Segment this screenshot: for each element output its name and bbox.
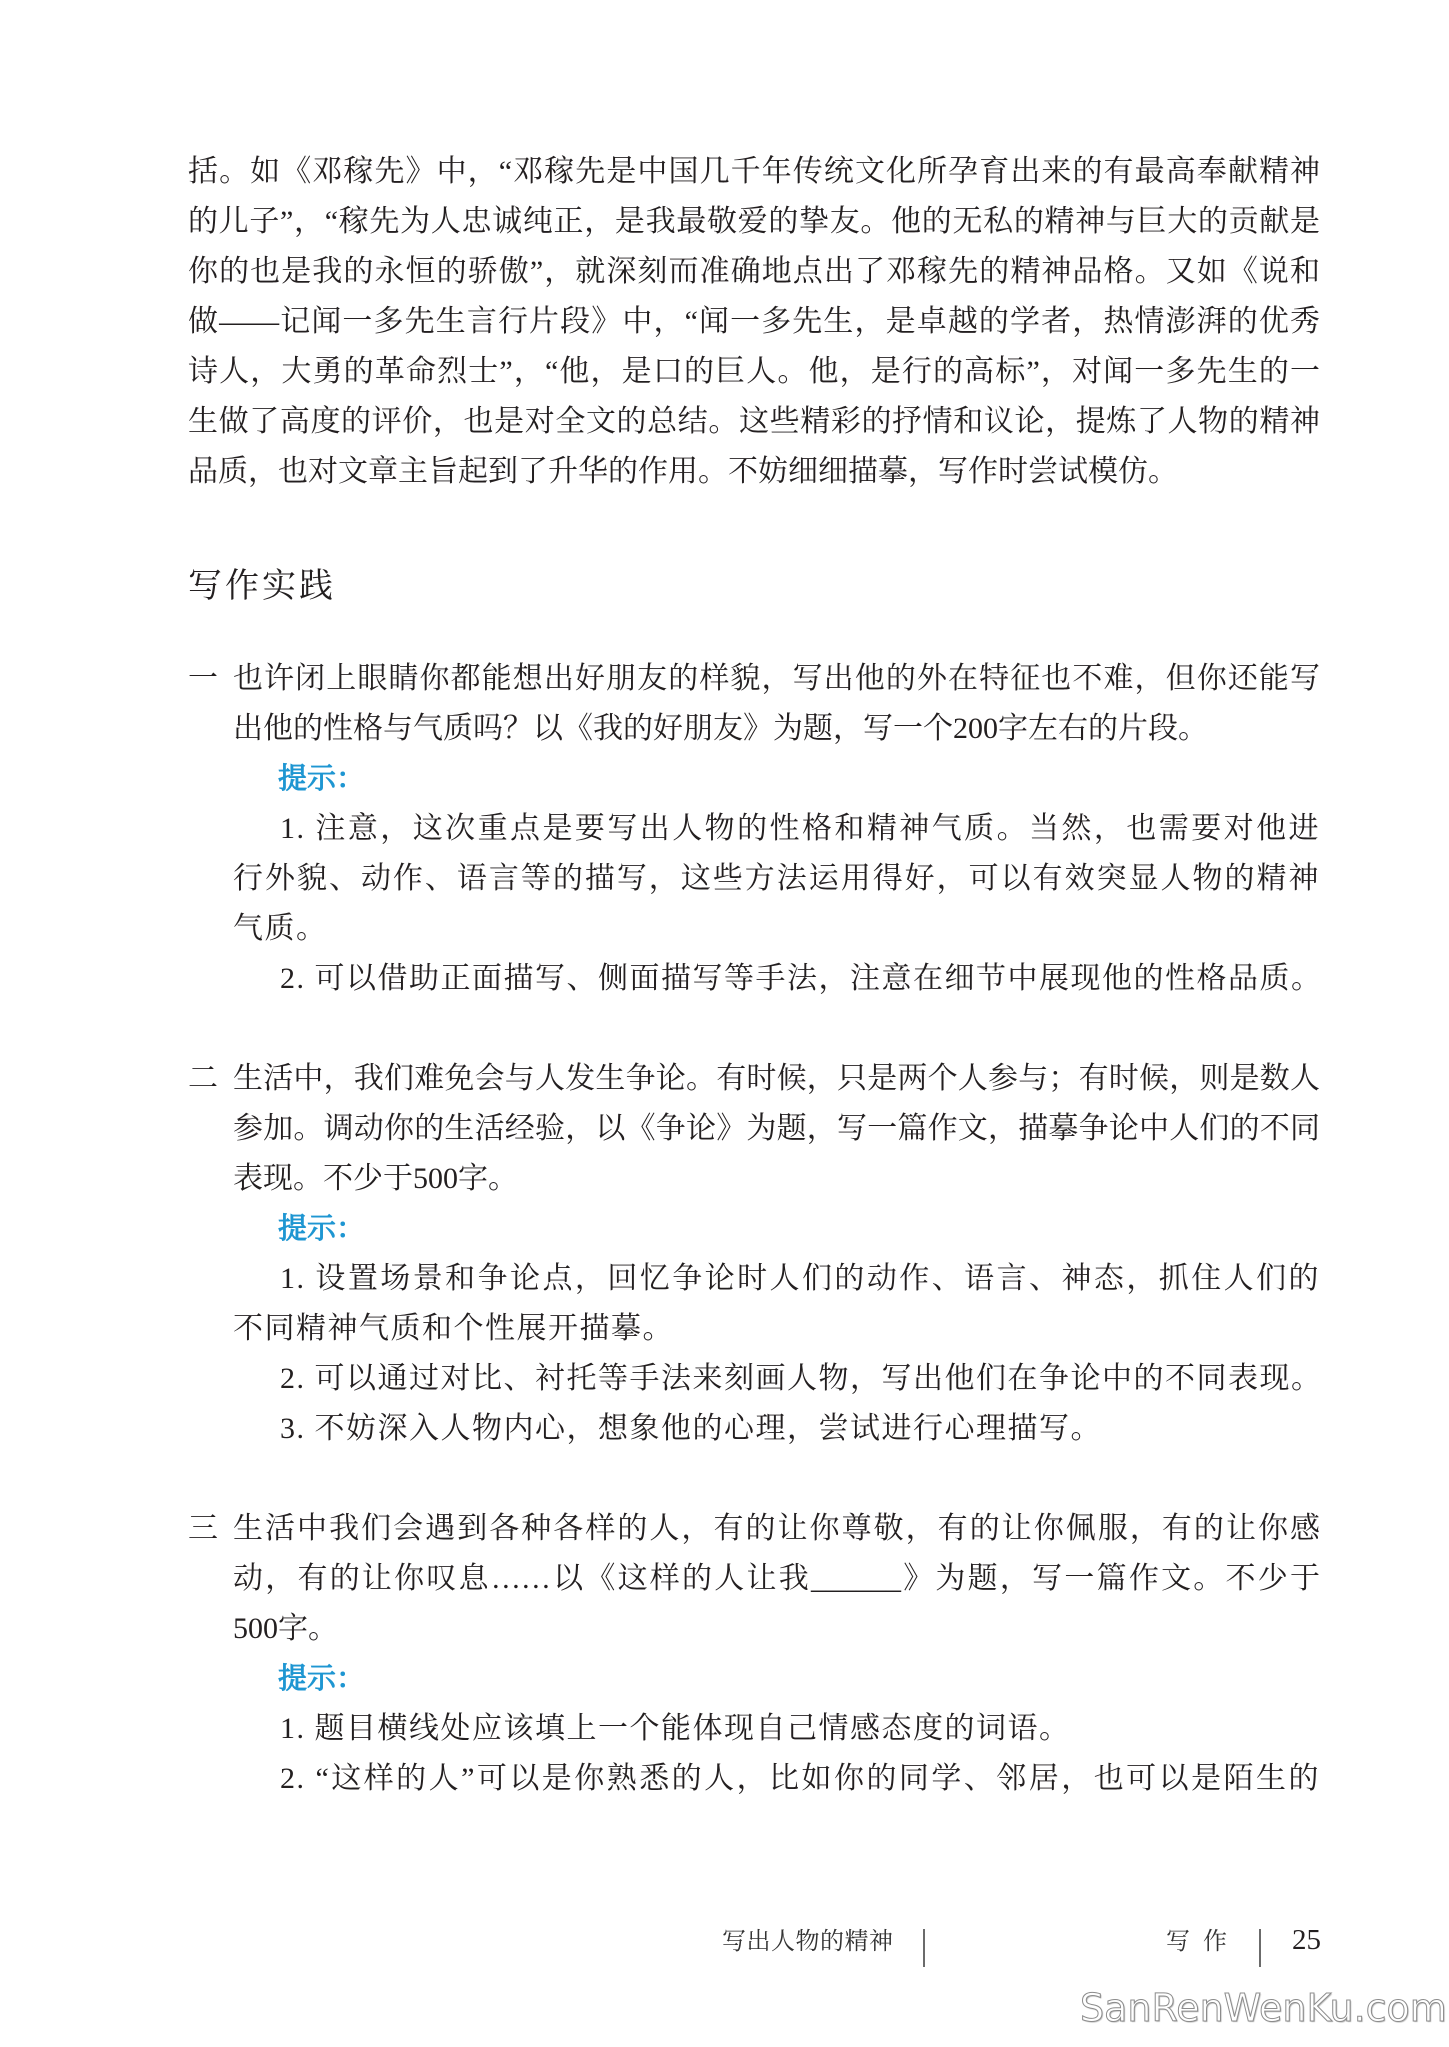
text-line: 做——记闻一多先生言行片段》中，“闻一多先生，是卓越的学者，热情澎湃的优秀 xyxy=(188,297,1320,347)
page-number: 25 xyxy=(1292,1920,1321,1960)
hint-line: 1. 注意，这次重点是要写出人物的性格和精神气质。当然，也需要对他进 xyxy=(233,804,1320,854)
text-line: 的儿子”，“稼先为人忠诚纯正，是我最敬爱的挚友。他的无私的精神与巨大的贡献是 xyxy=(188,197,1320,247)
prompt-line: 也许闭上眼睛你都能想出好朋友的样貌，写出他的外在特征也不难，但你还能写 xyxy=(233,654,1320,704)
prompt-line: 生活中我们会遇到各种各样的人，有的让你尊敬，有的让你佩服，有的让你感 xyxy=(233,1504,1320,1554)
footer-divider xyxy=(923,1929,925,1967)
exercise-number: 一 xyxy=(188,654,218,704)
exercise-content: 也许闭上眼睛你都能想出好朋友的样貌，写出他的外在特征也不难，但你还能写 出他的性… xyxy=(233,654,1320,1004)
hint-item: 2. 可以借助正面描写、侧面描写等手法，注意在细节中展现他的性格品质。 xyxy=(233,954,1320,1004)
intro-paragraph: 括。如《邓稼先》中，“邓稼先是中国几千年传统文化所孕育出来的有最高奉献精神 的儿… xyxy=(188,147,1320,497)
hint-line: 1. 设置场景和争论点，回忆争论时人们的动作、语言、神态，抓住人们的 xyxy=(233,1254,1320,1304)
prompt-text: 》为题，写一篇作文。不少于 xyxy=(901,1562,1320,1595)
hint-line: 2. “这样的人”可以是你熟悉的人，比如你的同学、邻居，也可以是陌生的 xyxy=(233,1754,1320,1804)
hint-line: 2. 可以通过对比、衬托等手法来刻画人物，写出他们在争论中的不同表现。 xyxy=(233,1354,1320,1404)
text-line: 品质，也对文章主旨起到了升华的作用。不妨细细描摹，写作时尝试模仿。 xyxy=(188,447,1320,497)
exercise-2: 二 生活中，我们难免会与人发生争论。有时候，只是两个人参与；有时候，则是数人 参… xyxy=(188,1054,1320,1454)
prompt-line: 参加。调动你的生活经验，以《争论》为题，写一篇作文，描摹争论中人们的不同 xyxy=(233,1104,1320,1154)
hint-item: 3. 不妨深入人物内心，想象他的心理，尝试进行心理描写。 xyxy=(233,1404,1320,1454)
text-line: 诗人，大勇的革命烈士”，“他，是口的巨人。他，是行的高标”，对闻一多先生的一 xyxy=(188,347,1320,397)
hint-line: 行外貌、动作、语言等的描写，这些方法运用得好，可以有效突显人物的精神 xyxy=(233,854,1320,904)
exercise-1: 一 也许闭上眼睛你都能想出好朋友的样貌，写出他的外在特征也不难，但你还能写 出他… xyxy=(188,654,1320,1004)
hint-line: 1. 题目横线处应该填上一个能体现自己情感态度的词语。 xyxy=(233,1704,1320,1754)
prompt-line: 表现。不少于500字。 xyxy=(233,1154,1320,1204)
prompt-line: 动，有的让你叹息……以《这样的人让我______》为题，写一篇作文。不少于 xyxy=(233,1554,1320,1604)
exercise-number: 二 xyxy=(188,1054,218,1104)
hint-item: 1. 注意，这次重点是要写出人物的性格和精神气质。当然，也需要对他进 行外貌、动… xyxy=(233,804,1320,954)
footer-divider xyxy=(1259,1929,1261,1967)
watermark: SanRenWenKu.com xyxy=(1080,1986,1447,2030)
hint-line: 不同精神气质和个性展开描摹。 xyxy=(233,1304,1320,1354)
hint-item: 2. “这样的人”可以是你熟悉的人，比如你的同学、邻居，也可以是陌生的 xyxy=(233,1754,1320,1804)
hint-line: 3. 不妨深入人物内心，想象他的心理，尝试进行心理描写。 xyxy=(233,1404,1320,1454)
text-line: 括。如《邓稼先》中，“邓稼先是中国几千年传统文化所孕育出来的有最高奉献精神 xyxy=(188,147,1320,197)
section-heading: 写作实践 xyxy=(188,562,336,612)
prompt-line: 生活中，我们难免会与人发生争论。有时候，只是两个人参与；有时候，则是数人 xyxy=(233,1054,1320,1104)
hint-item: 1. 设置场景和争论点，回忆争论时人们的动作、语言、神态，抓住人们的 不同精神气… xyxy=(233,1254,1320,1354)
exercise-number: 三 xyxy=(188,1504,218,1554)
fill-in-blank: ______ xyxy=(811,1562,901,1595)
hint-label: 提示： xyxy=(233,754,1320,804)
exercise-3: 三 生活中我们会遇到各种各样的人，有的让你尊敬，有的让你佩服，有的让你感 动，有… xyxy=(188,1504,1320,1804)
prompt-line: 500字。 xyxy=(233,1604,1320,1654)
prompt-line: 出他的性格与气质吗？以《我的好朋友》为题，写一个200字左右的片段。 xyxy=(233,704,1320,754)
hint-line: 2. 可以借助正面描写、侧面描写等手法，注意在细节中展现他的性格品质。 xyxy=(233,954,1320,1004)
hint-label: 提示： xyxy=(233,1204,1320,1254)
exercise-content: 生活中我们会遇到各种各样的人，有的让你尊敬，有的让你佩服，有的让你感 动，有的让… xyxy=(233,1504,1320,1804)
text-line: 你的也是我的永恒的骄傲”，就深刻而准确地点出了邓稼先的精神品格。又如《说和 xyxy=(188,247,1320,297)
footer-chapter-title: 写出人物的精神 xyxy=(722,1922,894,1962)
hint-label: 提示： xyxy=(233,1654,1320,1704)
footer-section-label: 写作 xyxy=(1166,1922,1240,1962)
prompt-text: 动，有的让你叹息……以《这样的人让我 xyxy=(233,1562,811,1595)
hint-line: 气质。 xyxy=(233,904,1320,954)
hint-item: 2. 可以通过对比、衬托等手法来刻画人物，写出他们在争论中的不同表现。 xyxy=(233,1354,1320,1404)
hint-item: 1. 题目横线处应该填上一个能体现自己情感态度的词语。 xyxy=(233,1704,1320,1754)
text-line: 生做了高度的评价，也是对全文的总结。这些精彩的抒情和议论，提炼了人物的精神 xyxy=(188,397,1320,447)
exercise-content: 生活中，我们难免会与人发生争论。有时候，只是两个人参与；有时候，则是数人 参加。… xyxy=(233,1054,1320,1454)
